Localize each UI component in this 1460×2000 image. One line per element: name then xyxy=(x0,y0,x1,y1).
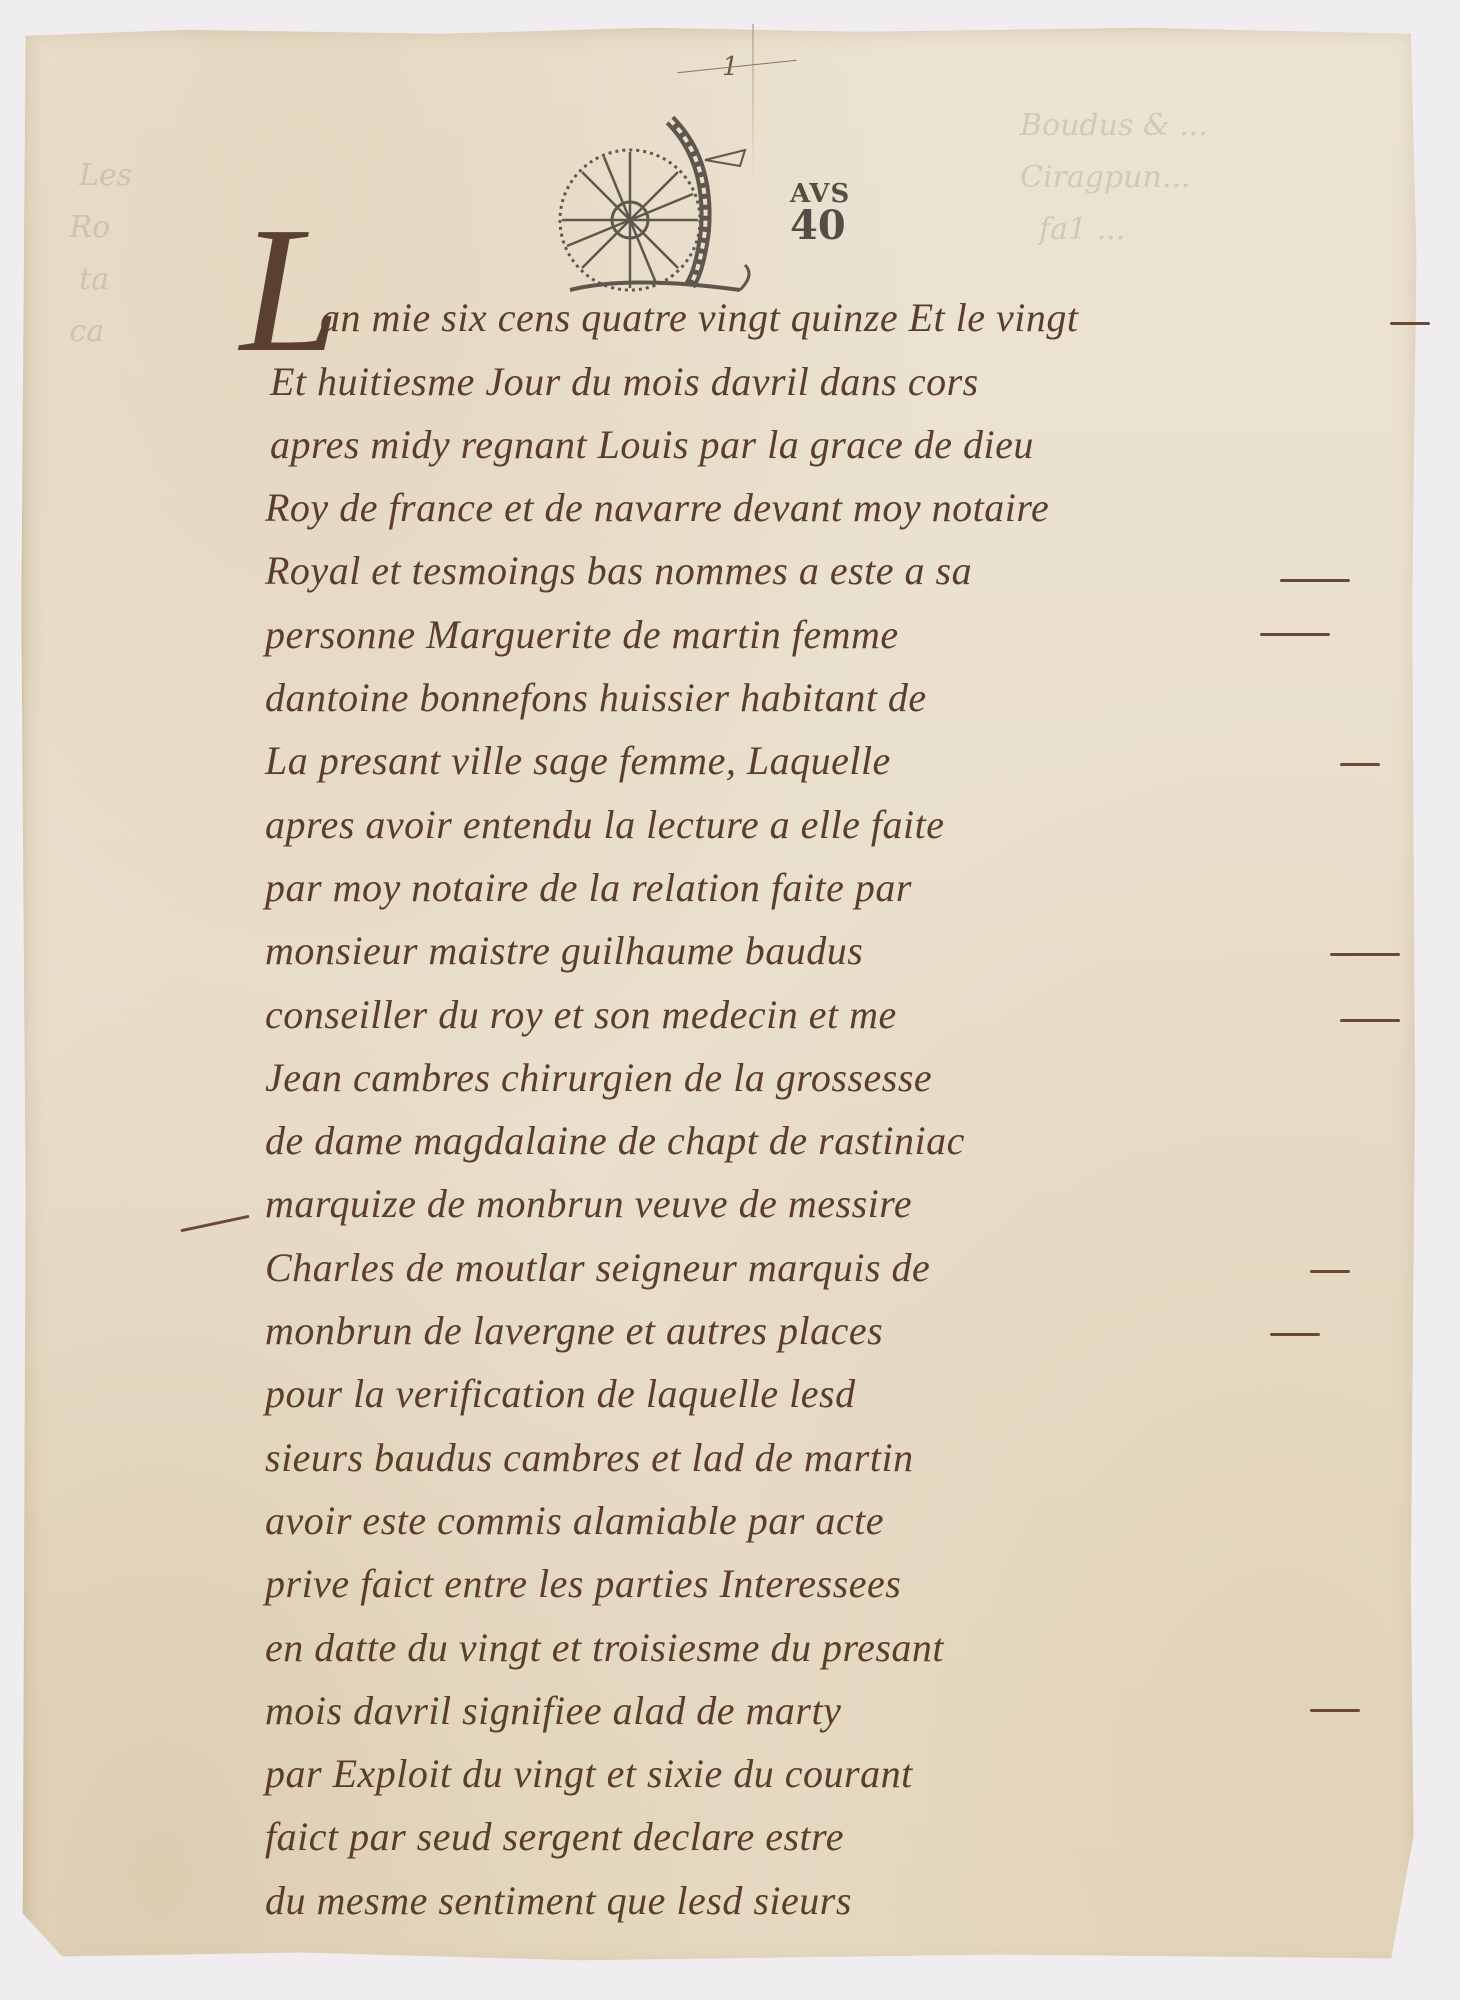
manuscript-line: monbrun de lavergne et autres places xyxy=(250,1303,1410,1366)
manuscript-line: du mesme sentiment que lesd sieurs xyxy=(250,1872,1410,1935)
line-filler-dash xyxy=(1310,1709,1360,1712)
manuscript-line: dantoine bonnefons huissier habitant de xyxy=(250,670,1410,733)
show-through-text-right: Boudus & ... Ciragpun... fa1 ... xyxy=(1020,100,1208,256)
manuscript-line: monsieur maistre guilhaume baudus xyxy=(250,923,1410,986)
line-filler-dash xyxy=(1280,579,1350,582)
manuscript-line: par Exploit du vingt et sixie du courant xyxy=(250,1746,1410,1809)
manuscript-line: faict par seud sergent declare estre xyxy=(250,1809,1410,1872)
manuscript-line: Charles de moutlar seigneur marquis de xyxy=(250,1239,1410,1302)
manuscript-line: Royal et tesmoings bas nommes a este a s… xyxy=(250,543,1410,606)
manuscript-line: avoir este commis alamiable par acte xyxy=(250,1493,1410,1556)
manuscript-line: marquize de monbrun veuve de messire xyxy=(250,1176,1410,1239)
line-filler-dash xyxy=(1310,1270,1350,1273)
manuscript-line: Jean cambres chirurgien de la grossesse xyxy=(250,1050,1410,1113)
manuscript-line: apres midy regnant Louis par la grace de… xyxy=(250,417,1410,480)
manuscript-line: par moy notaire de la relation faite par xyxy=(250,860,1410,923)
manuscript-line: Roy de france et de navarre devant moy n… xyxy=(250,480,1410,543)
manuscript-line: en datte du vingt et troisiesme du presa… xyxy=(250,1619,1410,1682)
manuscript-line: an mie six cens quatre vingt quinze Et l… xyxy=(250,290,1410,353)
manuscript-line: personne Marguerite de martin femme xyxy=(250,606,1410,669)
manuscript-line: conseiller du roy et son medecin et me xyxy=(250,986,1410,1049)
manuscript-line: La presant ville sage femme, Laquelle xyxy=(250,733,1410,796)
manuscript-line: pour la verification de laquelle lesd xyxy=(250,1366,1410,1429)
manuscript-body: an mie six cens quatre vingt quinze Et l… xyxy=(250,290,1410,1936)
stamp-tax-code: AVS 40 xyxy=(790,182,910,245)
line-filler-dash xyxy=(1340,763,1380,766)
sun-wheel-seal-icon xyxy=(540,100,760,310)
folio-number: 1 xyxy=(722,52,739,82)
manuscript-line: sieurs baudus cambres et lad de martin xyxy=(250,1429,1410,1492)
manuscript-line: mois davril signifiee alad de marty xyxy=(250,1683,1410,1746)
manuscript-line: prive faict entre les parties Interessee… xyxy=(250,1556,1410,1619)
line-filler-dash xyxy=(1270,1333,1320,1336)
show-through-text-left: Les Ro ta ca xyxy=(60,150,189,358)
line-filler-dash xyxy=(1260,633,1330,636)
line-filler-dash xyxy=(1340,1019,1400,1022)
line-filler-dash xyxy=(1390,322,1430,325)
manuscript-line: apres avoir entendu la lecture a elle fa… xyxy=(250,796,1410,859)
manuscript-line: Et huitiesme Jour du mois davril dans co… xyxy=(250,353,1410,416)
line-filler-dash xyxy=(1330,953,1400,956)
manuscript-line: de dame magdalaine de chapt de rastiniac xyxy=(250,1113,1410,1176)
stamp-code-line2: 40 xyxy=(790,207,910,245)
